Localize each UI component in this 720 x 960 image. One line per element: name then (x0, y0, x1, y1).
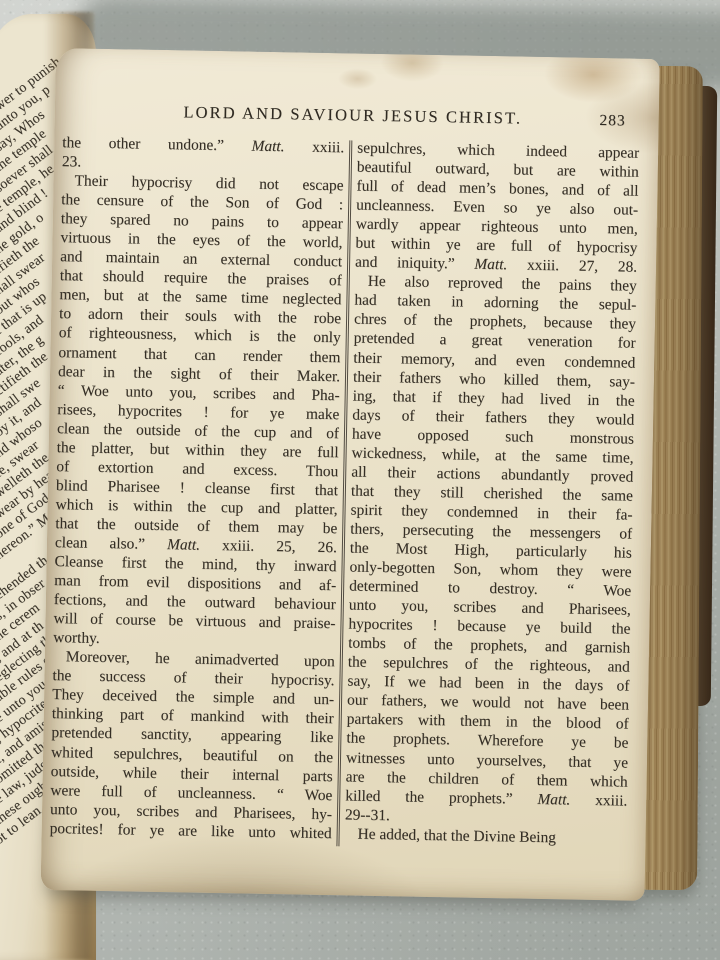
left-text-column: the other undone.” Matt. xxiii.23.Their … (49, 133, 344, 846)
two-column-text: the other undone.” Matt. xxiii.23.Their … (49, 133, 642, 852)
page-content: LORD AND SAVIOUR JESUS CHRIST. 283 the o… (49, 100, 642, 852)
right-text-column: sepulchres, which indeed appearbeautiful… (344, 139, 639, 852)
page-number: 283 (599, 112, 626, 130)
running-header: LORD AND SAVIOUR JESUS CHRIST. 283 (63, 100, 643, 135)
book-photo-scene: wer to punishunto you, psay, Whosthe tem… (0, 0, 720, 960)
book-page: LORD AND SAVIOUR JESUS CHRIST. 283 the o… (41, 48, 660, 901)
running-header-title: LORD AND SAVIOUR JESUS CHRIST. (63, 100, 643, 131)
text-line: He added, that the Divine Being (344, 824, 626, 848)
